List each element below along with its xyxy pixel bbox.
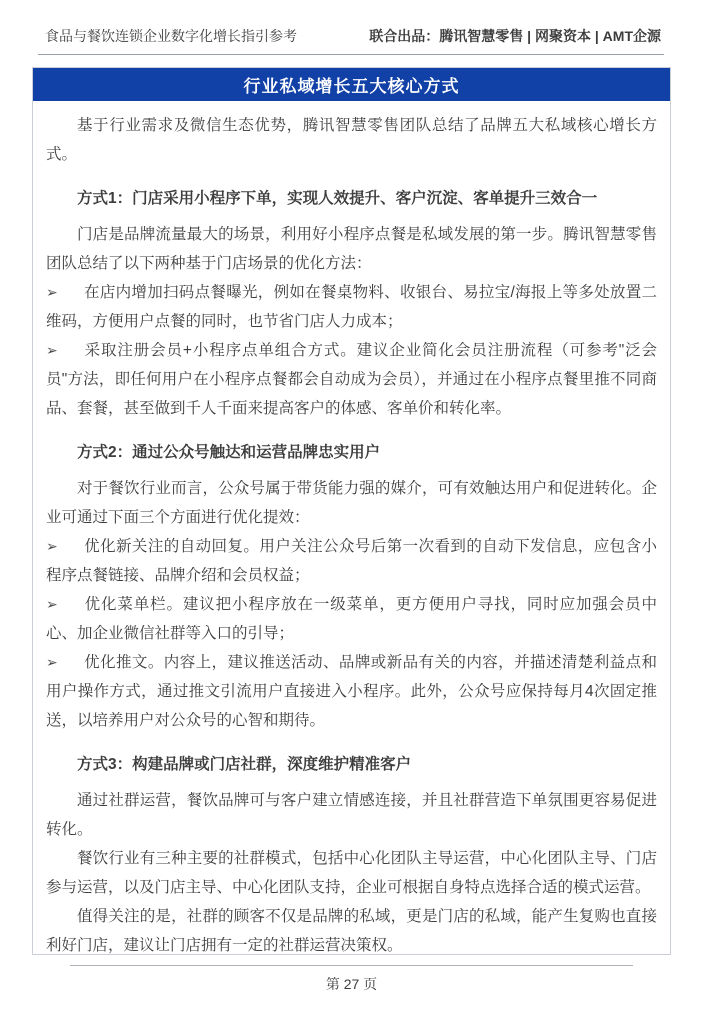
- page-header: 食品与餐饮连锁企业数字化增长指引参考 联合出品：腾讯智慧零售 | 网聚资本 | …: [45, 26, 661, 46]
- bullet-arrow-icon: ➢: [46, 648, 58, 677]
- section-heading-1: 方式1：门店采用小程序下单，实现人效提升、客户沉淀、客单提升三效合一: [46, 184, 657, 213]
- section-title-bar: 行业私域增长五大核心方式: [33, 68, 670, 101]
- bullet-arrow-icon: ➢: [46, 532, 58, 561]
- bullet-arrow-icon: ➢: [46, 336, 58, 365]
- bullet-text: 采取注册会员+小程序点单组合方式。建议企业简化会员注册流程（可参考"泛会员"方法…: [46, 342, 657, 417]
- section-heading-3: 方式3：构建品牌或门店社群，深度维护精准客户: [46, 750, 657, 779]
- paragraph: 值得关注的是，社群的顾客不仅是品牌的私域，更是门店的私域，能产生复购也直接利好门…: [46, 902, 657, 960]
- bullet-item: ➢在店内增加扫码点餐曝光，例如在餐桌物料、收银台、易拉宝/海报上等多处放置二维码…: [46, 278, 657, 336]
- bullet-item: ➢优化新关注的自动回复。用户关注公众号后第一次看到的自动下发信息，应包含小程序点…: [46, 532, 657, 590]
- header-doc-title: 食品与餐饮连锁企业数字化增长指引参考: [45, 26, 297, 46]
- paragraph: 通过社群运营，餐饮品牌可与客户建立情感连接，并且社群营造下单氛围更容易促进转化。: [46, 786, 657, 844]
- paragraph-intro: 基于行业需求及微信生态优势，腾讯智慧零售团队总结了品牌五大私域核心增长方式。: [46, 111, 657, 169]
- section-title: 行业私域增长五大核心方式: [244, 72, 460, 97]
- footer-divider: [70, 965, 633, 966]
- header-divider: [38, 54, 664, 55]
- paragraph: 餐饮行业有三种主要的社群模式，包括中心化团队主导运营，中心化团队主导、门店参与运…: [46, 844, 657, 902]
- bullet-text: 优化新关注的自动回复。用户关注公众号后第一次看到的自动下发信息，应包含小程序点餐…: [46, 538, 657, 584]
- bullet-text: 优化菜单栏。建议把小程序放在一级菜单，更方便用户寻找，同时应加强会员中心、加企业…: [46, 596, 657, 642]
- document-page: 食品与餐饮连锁企业数字化增长指引参考 联合出品：腾讯智慧零售 | 网聚资本 | …: [0, 0, 703, 1016]
- paragraph: 门店是品牌流量最大的场景，利用好小程序点餐是私域发展的第一步。腾讯智慧零售团队总…: [46, 220, 657, 278]
- bullet-arrow-icon: ➢: [46, 590, 58, 619]
- page-number: 第 27 页: [0, 974, 703, 994]
- section-heading-2: 方式2：通过公众号触达和运营品牌忠实用户: [46, 438, 657, 467]
- content-box: 行业私域增长五大核心方式 基于行业需求及微信生态优势，腾讯智慧零售团队总结了品牌…: [32, 67, 671, 955]
- header-credits: 联合出品：腾讯智慧零售 | 网聚资本 | AMT企源: [369, 26, 661, 46]
- bullet-text: 在店内增加扫码点餐曝光，例如在餐桌物料、收银台、易拉宝/海报上等多处放置二维码，…: [46, 284, 657, 330]
- bullet-item: ➢采取注册会员+小程序点单组合方式。建议企业简化会员注册流程（可参考"泛会员"方…: [46, 336, 657, 423]
- paragraph: 对于餐饮行业而言，公众号属于带货能力强的媒介，可有效触达用户和促进转化。企业可通…: [46, 474, 657, 532]
- document-body: 基于行业需求及微信生态优势，腾讯智慧零售团队总结了品牌五大私域核心增长方式。 方…: [33, 101, 670, 960]
- bullet-item: ➢优化推文。内容上，建议推送活动、品牌或新品有关的内容，并描述清楚利益点和用户操…: [46, 648, 657, 735]
- bullet-text: 优化推文。内容上，建议推送活动、品牌或新品有关的内容，并描述清楚利益点和用户操作…: [46, 654, 657, 729]
- bullet-arrow-icon: ➢: [46, 278, 58, 307]
- bullet-item: ➢优化菜单栏。建议把小程序放在一级菜单，更方便用户寻找，同时应加强会员中心、加企…: [46, 590, 657, 648]
